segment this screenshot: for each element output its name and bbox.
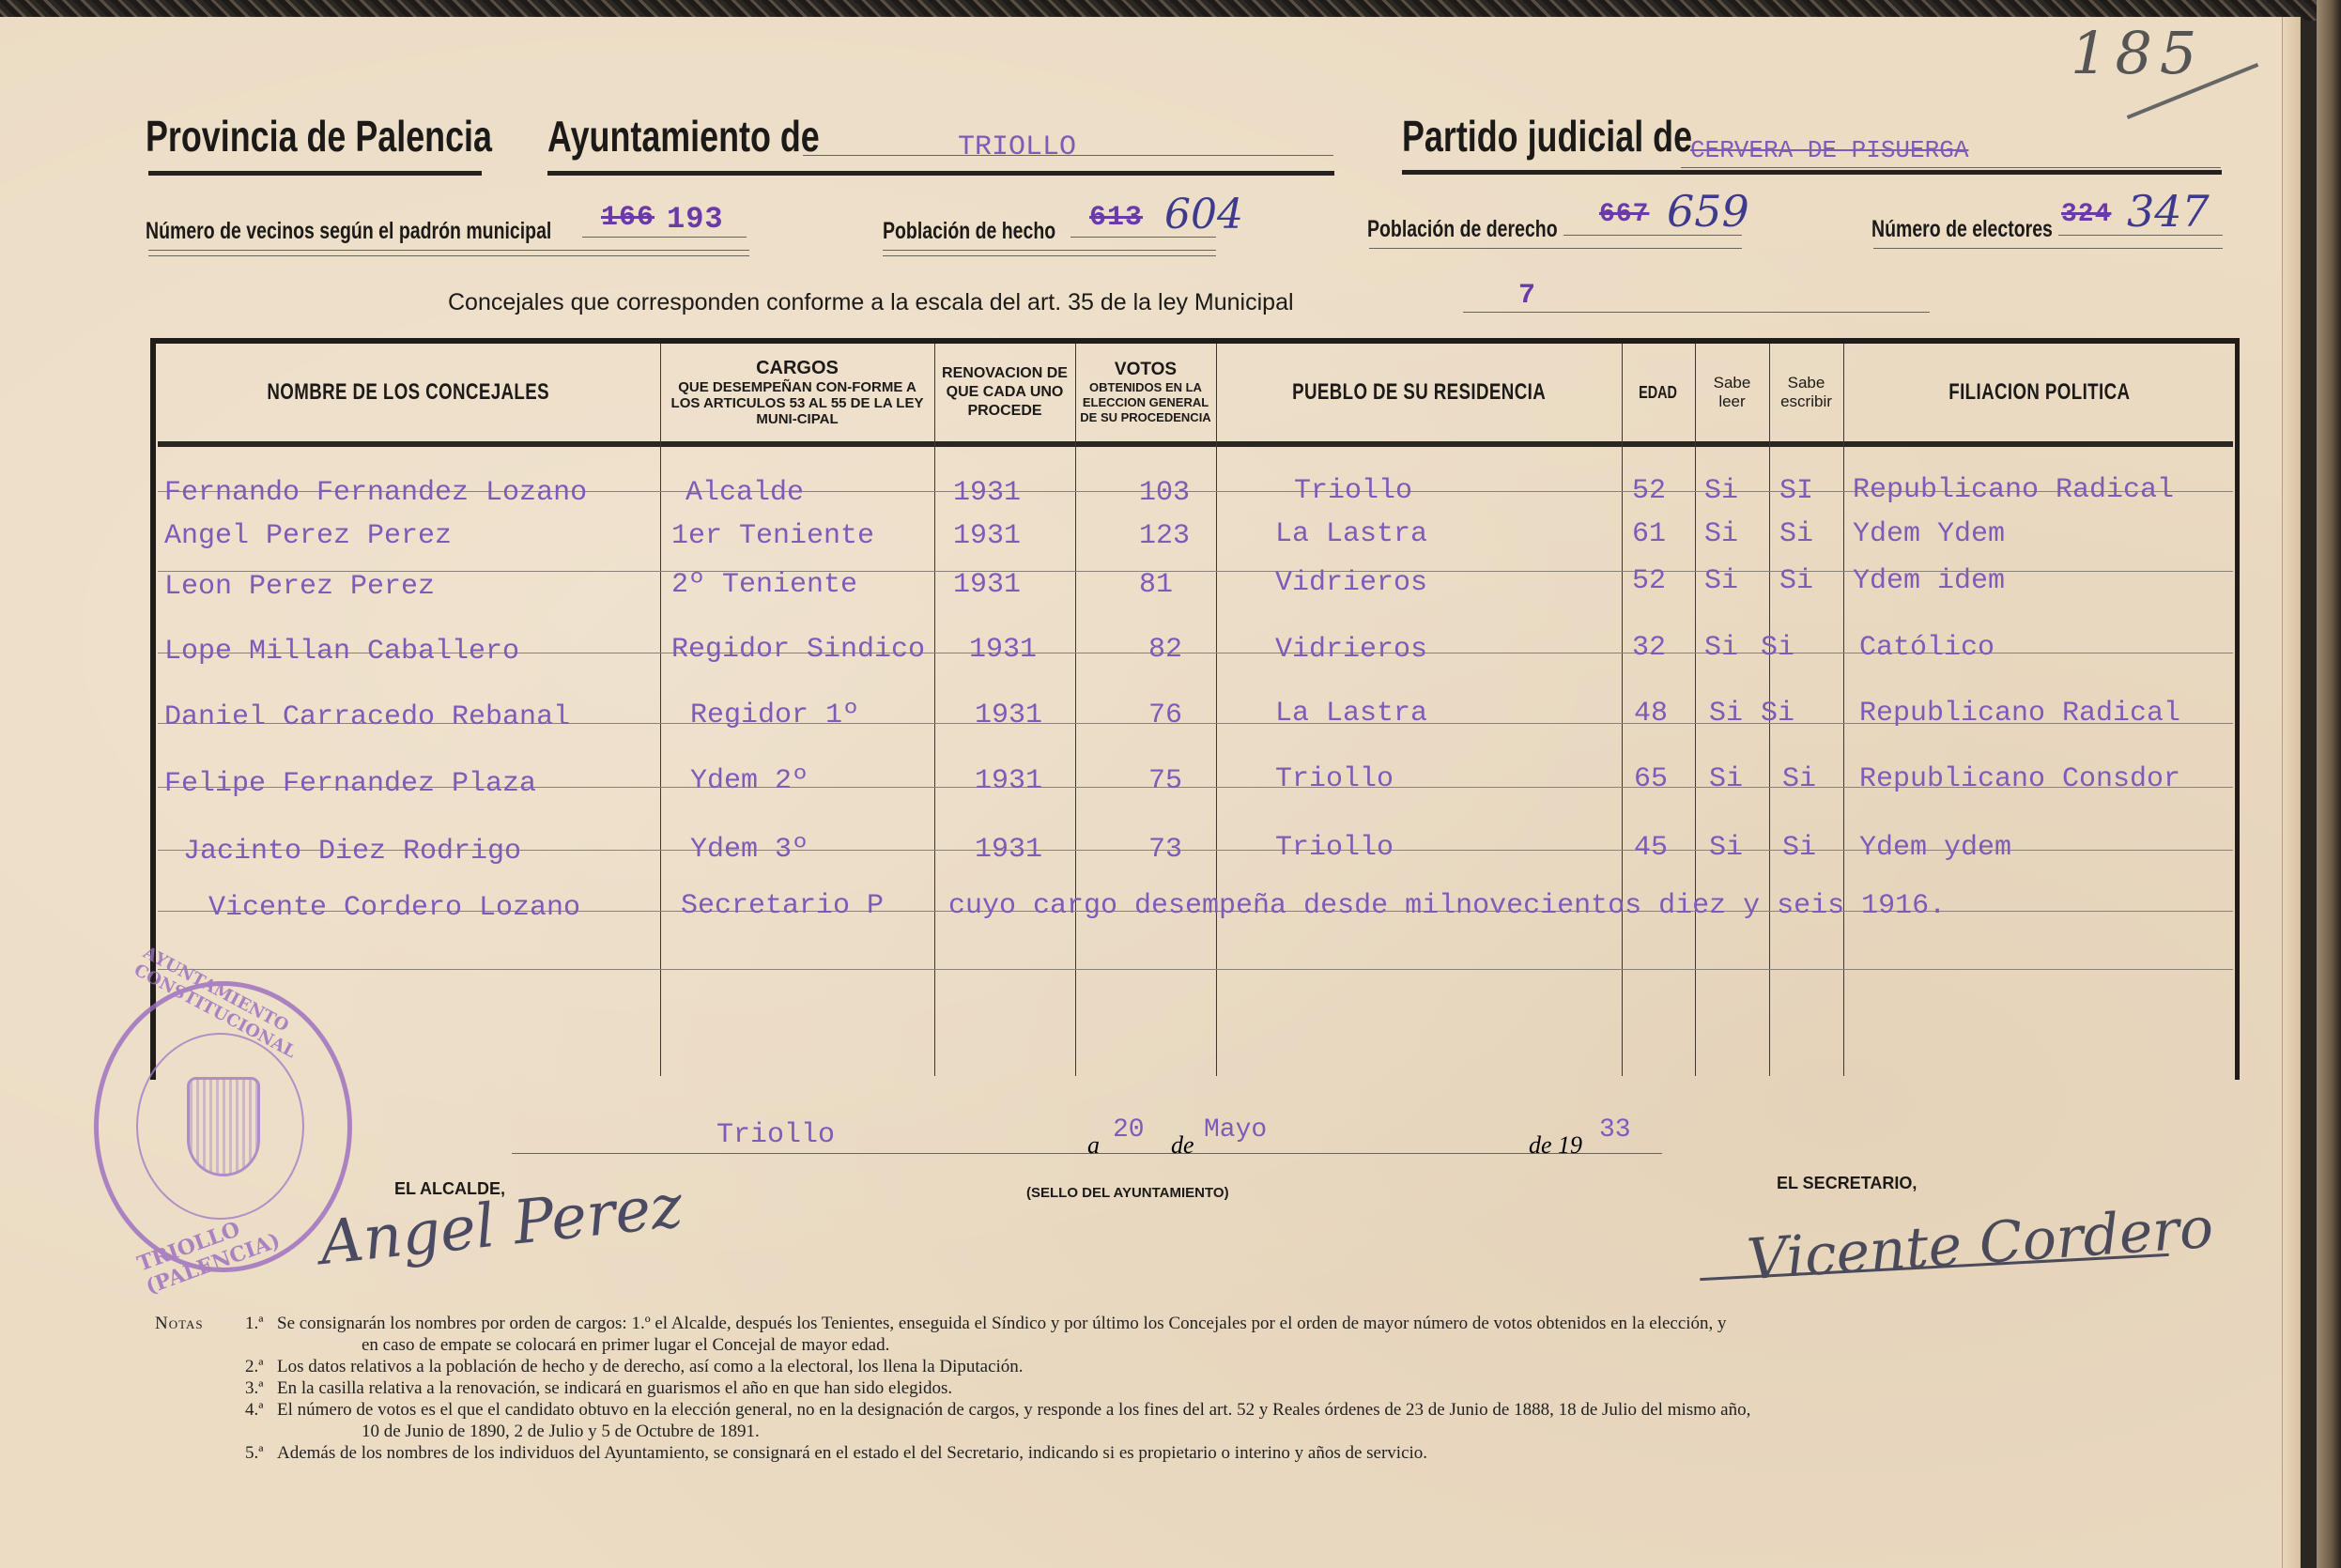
cell-pueblo: Triollo [1275, 763, 1394, 795]
cell-cargo: Secretario P [681, 890, 884, 922]
electores-struck-value: 324 [2061, 200, 2111, 229]
cell-pueblo: Vidrieros [1275, 567, 1427, 599]
ayuntamiento-value: TRIOLLO [958, 131, 1076, 163]
cell-renovacion: 1931 [953, 520, 1021, 552]
cell-cargo: 2º Teniente [671, 569, 857, 601]
vecinos-double-rule-2 [148, 255, 749, 256]
date-day: 20 [1113, 1115, 1145, 1145]
header-nombre: NOMBRE DE LOS CONCEJALES [156, 344, 660, 441]
cell-votos: 82 [1148, 634, 1182, 666]
hecho-value: 604 [1164, 191, 1243, 238]
cell-edad: 61 [1632, 518, 1666, 550]
notes-section: Notas 1.ª Se consignarán los nombres por… [155, 1313, 2249, 1464]
vecinos-value: 193 [667, 202, 724, 237]
cell-nombre: Vicente Cordero Lozano [208, 892, 580, 924]
cell-renovacion: 1931 [953, 477, 1021, 509]
cell-cargo: Ydem 3º [690, 834, 809, 866]
provincia-underline [148, 171, 482, 176]
cell-filiacion: Católico [1859, 632, 1994, 664]
derecho-struck-value: 667 [1599, 200, 1649, 229]
derecho-field-line [1563, 235, 1742, 236]
cell-escribir: Si [1779, 565, 1813, 597]
municipal-seal-stamp: AYUNTAMIENTO CONSTITUCIONAL TRIOLLO (PAL… [94, 981, 352, 1272]
date-month: Mayo [1204, 1115, 1267, 1145]
header-cargos: CARGOS QUE DESEMPEÑAN CON-FORME A LOS AR… [660, 344, 934, 441]
hecho-field-line [1070, 237, 1216, 238]
vecinos-double-rule [148, 250, 749, 251]
cell-cargo: Regidor Sindico [671, 634, 925, 666]
cell-pueblo: La Lastra [1275, 518, 1427, 550]
vecinos-field-line [582, 237, 747, 238]
date-a-label: a [1087, 1131, 1100, 1160]
cell-nombre: Leon Perez Perez [164, 571, 435, 603]
book-binding-right [2317, 0, 2341, 1568]
cell-escribir: Si [1761, 698, 1794, 730]
header-sabe-leer: Sabe leer [1695, 344, 1769, 441]
coat-of-arms-icon [187, 1077, 260, 1176]
cell-votos: 73 [1148, 834, 1182, 866]
cell-filiacion: Ydem idem [1853, 565, 2005, 597]
cell-renovacion: 1931 [975, 834, 1042, 866]
cell-renovacion: 1931 [969, 634, 1037, 666]
cell-nombre: Felipe Fernandez Plaza [164, 768, 536, 800]
cell-leer: Si [1704, 632, 1738, 664]
cell-escribir: Si [1782, 763, 1816, 795]
cell-edad: 52 [1632, 565, 1666, 597]
electores-double-rule [1873, 248, 2223, 249]
cell-filiacion: Republicano Radical [1859, 698, 2180, 730]
cell-pueblo: La Lastra [1275, 698, 1427, 730]
cell-nombre: Fernando Fernandez Lozano [164, 477, 587, 509]
hecho-struck-value: 613 [1089, 202, 1143, 234]
col-divider [1075, 344, 1076, 1076]
provincia-label: Provincia de Palencia [146, 111, 492, 161]
vecinos-label: Número de vecinos según el padrón munici… [146, 218, 551, 245]
cell-pueblo: Triollo [1294, 475, 1412, 507]
derecho-label: Población de derecho [1367, 216, 1558, 243]
partido-value: CERVERA DE PISUERGA [1690, 136, 1968, 164]
cell-leer: Si [1704, 565, 1738, 597]
date-year-suffix: 33 [1599, 1115, 1631, 1145]
cell-escribir: Si [1779, 518, 1813, 550]
note-item-cont: 10 de Junio de 1890, 2 de Julio y 5 de O… [155, 1421, 2249, 1442]
hecho-double-rule [883, 250, 1216, 251]
vecinos-struck-value: 166 [601, 202, 655, 234]
partido-label: Partido judicial de [1402, 111, 1692, 161]
header-pueblo: PUEBLO DE SU RESIDENCIA [1216, 344, 1622, 441]
header-renovacion: RENOVACION DE QUE CADA UNO PROCEDE [934, 344, 1075, 441]
partido-underline [1402, 170, 2222, 175]
cell-renovacion: 1931 [975, 699, 1042, 731]
note-item: 5.ª Además de los nombres de los individ… [155, 1442, 2249, 1464]
concejales-value: 7 [1518, 280, 1536, 312]
cell-leer: Si [1709, 698, 1743, 730]
electores-field-line [2058, 235, 2223, 236]
cell-escribir: SI [1779, 475, 1813, 507]
col-divider [1216, 344, 1217, 1076]
concejales-field-line [1463, 312, 1930, 313]
cell-votos: 81 [1139, 569, 1173, 601]
table-right-border [2235, 338, 2240, 1080]
cell-votos: 103 [1139, 477, 1190, 509]
sello-label: (SELLO DEL AYUNTAMIENTO) [1026, 1185, 1229, 1201]
cell-cargo: Ydem 2º [690, 765, 809, 797]
cell-edad: 52 [1632, 475, 1666, 507]
col-divider [1695, 344, 1696, 1076]
secretario-label: EL SECRETARIO, [1777, 1174, 1917, 1193]
cell-pueblo: Triollo [1275, 832, 1394, 864]
table-header-separator [158, 441, 2233, 447]
header-votos: VOTOS OBTENIDOS EN LA ELECCION GENERAL D… [1075, 344, 1216, 441]
cell-filiacion: Republicano Radical [1853, 474, 2174, 506]
electores-value: 347 [2127, 186, 2210, 237]
date-de-label: de [1171, 1131, 1194, 1160]
cell-edad: 48 [1634, 698, 1668, 730]
date-place: Triollo [716, 1119, 835, 1151]
col-divider [1843, 344, 1844, 1076]
cell-leer: Si [1709, 763, 1743, 795]
cell-nombre: Daniel Carracedo Rebanal [164, 701, 570, 733]
hecho-double-rule-2 [883, 255, 1216, 256]
notes-label: Notas [155, 1313, 204, 1334]
cell-filiacion: Ydem ydem [1859, 832, 2011, 864]
cell-votos: 75 [1148, 765, 1182, 797]
date-year-prefix: de 19 [1529, 1131, 1582, 1160]
cell-votos: 123 [1139, 520, 1190, 552]
col-divider [934, 344, 935, 1076]
ayuntamiento-field-line [803, 155, 1333, 156]
cell-leer: Si [1704, 518, 1738, 550]
derecho-value: 659 [1667, 186, 1749, 237]
cell-filiacion: Republicano Consdor [1859, 763, 2180, 795]
cell-nombre: Jacinto Diez Rodrigo [183, 836, 521, 868]
page-number: 185 [2071, 19, 2204, 87]
header-edad: EDAD [1622, 344, 1695, 441]
note-item: 2.ª Los datos relativos a la población d… [155, 1356, 2249, 1377]
cell-pueblo: Vidrieros [1275, 634, 1427, 666]
cell-nombre: Lope Millan Caballero [164, 636, 519, 668]
cell-nombre: Angel Perez Perez [164, 520, 452, 552]
cell-edad: 32 [1632, 632, 1666, 664]
cell-nota: cuyo cargo desempeña desde milnoveciento… [948, 890, 1946, 922]
cell-escribir: Si [1782, 832, 1816, 864]
cell-votos: 76 [1148, 699, 1182, 731]
cell-filiacion: Ydem Ydem [1853, 518, 2005, 550]
ayuntamiento-label: Ayuntamiento de [547, 111, 820, 161]
note-item-cont: en caso de empate se colocará en primer … [155, 1334, 2249, 1356]
cell-renovacion: 1931 [953, 569, 1021, 601]
cell-escribir: Si [1761, 632, 1794, 664]
derecho-double-rule [1369, 248, 1742, 249]
cell-leer: Si [1704, 475, 1738, 507]
concejales-label: Concejales que corresponden conforme a l… [448, 289, 1294, 316]
note-item: Notas 1.ª Se consignarán los nombres por… [155, 1313, 2249, 1334]
cell-cargo: Alcalde [685, 477, 804, 509]
cell-cargo: Regidor 1º [690, 699, 859, 731]
header-sabe-escribir: Sabe escribir [1769, 344, 1843, 441]
col-divider [1622, 344, 1623, 1076]
cell-leer: Si [1709, 832, 1743, 864]
note-item: 3.ª En la casilla relativa a la renovaci… [155, 1377, 2249, 1399]
cell-cargo: 1er Teniente [671, 520, 874, 552]
cell-renovacion: 1931 [975, 765, 1042, 797]
page-edge [2282, 17, 2300, 1568]
row-line [158, 969, 2233, 970]
seal-inner-ring [136, 1033, 304, 1220]
cell-edad: 65 [1634, 763, 1668, 795]
partido-field-line [1681, 167, 2221, 168]
concejales-table: NOMBRE DE LOS CONCEJALES CARGOS QUE DESE… [150, 338, 2240, 1080]
col-divider [660, 344, 661, 1076]
note-item: 4.ª El número de votos es el que el cand… [155, 1399, 2249, 1421]
hecho-label: Población de hecho [883, 218, 1055, 245]
electores-label: Número de electores [1871, 216, 2053, 243]
ayuntamiento-underline [547, 171, 1334, 176]
header-filiacion: FILIACION POLITICA [1843, 344, 2235, 441]
cell-edad: 45 [1634, 832, 1668, 864]
